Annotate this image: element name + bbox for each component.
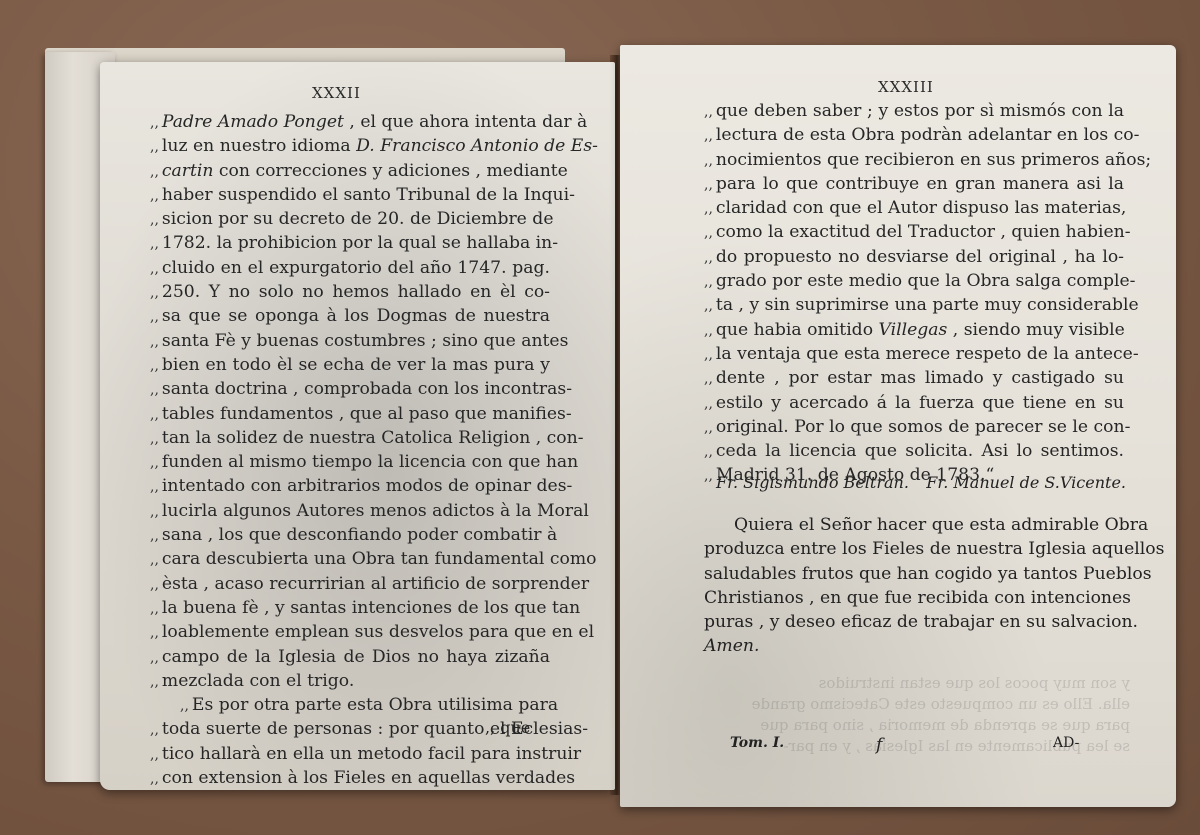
text-line: ,,bien en todo èl se echa de ver la mas …: [150, 353, 550, 377]
text-line: ,,sa que se oponga à los Dogmas de nuest…: [150, 304, 550, 328]
text-run: , siendo muy visible: [947, 320, 1125, 340]
text-run: nocimientos que recibieron en sus primer…: [716, 150, 1151, 170]
quote-mark: ,,: [150, 577, 159, 593]
text-run: sicion por su decreto de 20. de Diciembr…: [162, 209, 554, 229]
text-line: ,,250. Y no solo no hemos hallado en èl …: [150, 280, 550, 304]
text-run: que deben saber ; y estos por sì mismós …: [716, 101, 1124, 121]
text-line: ,,santa Fè y buenas costumbres ; sino qu…: [150, 329, 550, 353]
text-run: 1782. la prohibicion por la qual se hall…: [162, 233, 558, 253]
text-line: ,,que deben saber ; y estos por sì mismó…: [704, 99, 1124, 123]
quote-mark: ,,: [704, 371, 713, 387]
quote-mark: ,,: [150, 309, 159, 325]
text-line: ,,funden al mismo tiempo la licencia con…: [150, 450, 550, 474]
text-line: ,,cartin con correcciones y adiciones , …: [150, 159, 550, 183]
text-line: ,,que habia omitido Villegas , siendo mu…: [704, 318, 1124, 342]
quote-mark: ,,: [150, 382, 159, 398]
text-run: Villegas: [879, 320, 948, 340]
text-run: que habia omitido: [716, 320, 879, 340]
text-line: ,,sana , los que desconfiando poder comb…: [150, 523, 550, 547]
signature-mark: f: [876, 735, 882, 755]
text-run: como la exactitud del Traductor , quien …: [716, 222, 1131, 242]
text-run: haber suspendido el santo Tribunal de la…: [162, 185, 575, 205]
text-run: cartin: [162, 161, 214, 181]
quote-mark: ,,: [150, 431, 159, 447]
text-run: èsta , acaso recurririan al artificio de…: [162, 574, 589, 594]
text-line: ,,dente , por estar mas limado y castiga…: [704, 366, 1124, 390]
quote-mark: ,,: [704, 444, 713, 460]
text-line: ,,ta , y sin suprimirse una parte muy co…: [704, 293, 1124, 317]
text-run: luz en nuestro idioma: [162, 136, 356, 156]
text-run: do propuesto no desviarse del original ,…: [716, 247, 1124, 267]
quote-mark: ,,: [704, 128, 713, 144]
quote-mark: ,,: [150, 455, 159, 471]
text-line: ,,campo de la Iglesia de Dios no haya zi…: [150, 645, 550, 669]
right-page: y son muy pocos los que estan instruidos…: [620, 45, 1176, 807]
text-line: ,,tan la solidez de nuestra Catolica Rel…: [150, 426, 550, 450]
text-run: Padre Amado Ponget: [162, 112, 344, 132]
quote-mark: ,,: [704, 396, 713, 412]
text-run: dente , por estar mas limado y castigado…: [716, 368, 1124, 388]
quote-mark: ,,: [704, 347, 713, 363]
text-line: ,,lucirla algunos Autores menos adictos …: [150, 499, 550, 523]
left-page-body: ,,Padre Amado Ponget , el que ahora inte…: [150, 110, 550, 790]
left-page: XXXII ,,Padre Amado Ponget , el que ahor…: [100, 62, 615, 790]
text-run: loablemente emplean sus desvelos para qu…: [162, 622, 594, 642]
text-line: saludables frutos que han cogido ya tant…: [704, 562, 1124, 586]
text-line: ,,èsta , acaso recurririan al artificio …: [150, 572, 550, 596]
quote-mark: ,,: [704, 468, 713, 484]
quote-mark: ,,: [704, 274, 713, 290]
text-line: ,,intentado con arbitrarios modos de opi…: [150, 474, 550, 498]
text-line: ,,mezclada con el trigo.: [150, 669, 550, 693]
signature-vicente: Fr. Manuel de S.Vicente.: [926, 473, 1126, 492]
quote-mark: ,,: [150, 236, 159, 252]
quote-mark: ,,: [704, 298, 713, 314]
text-line: ,,loablemente emplean sus desvelos para …: [150, 620, 550, 644]
right-page-body: ,,que deben saber ; y estos por sì mismó…: [704, 99, 1124, 488]
page-number-left: XXXII: [312, 84, 361, 102]
text-line: ,,1782. la prohibicion por la qual se ha…: [150, 231, 550, 255]
text-run: campo de la Iglesia de Dios no haya ziza…: [162, 647, 550, 667]
text-line: Christianos , en que fue recibida con in…: [704, 586, 1124, 610]
text-run: tables fundamentos , que al paso que man…: [162, 404, 572, 424]
text-run: santa Fè y buenas costumbres ; sino que …: [162, 331, 569, 351]
text-line: ,,cara descubierta una Obra tan fundamen…: [150, 547, 550, 571]
text-line: ,,estilo y acercado á la fuerza que tien…: [704, 391, 1124, 415]
text-run: la buena fè , y santas intenciones de lo…: [162, 598, 580, 618]
text-line: Amen.: [704, 634, 1124, 658]
volume-label: Tom. I.: [730, 735, 784, 751]
text-run: , el que ahora intenta dar à: [344, 112, 587, 132]
text-line: ,,nocimientos que recibieron en sus prim…: [704, 148, 1124, 172]
text-line: Quiera el Señor hacer que esta admirable…: [704, 513, 1124, 537]
text-run: claridad con que el Autor dispuso las ma…: [716, 198, 1126, 218]
quote-mark: ,,: [150, 407, 159, 423]
quote-mark: ,,: [704, 177, 713, 193]
quote-mark: ,,: [180, 698, 189, 714]
text-run: lectura de esta Obra podràn adelantar en…: [716, 125, 1140, 145]
text-line: ,,lectura de esta Obra podràn adelantar …: [704, 123, 1124, 147]
text-line: ,,cluido en el expurgatorio del año 1747…: [150, 256, 550, 280]
catchword-left: ,, que: [485, 718, 530, 737]
quote-mark: ,,: [150, 358, 159, 374]
quote-mark: ,,: [150, 479, 159, 495]
text-line: puras , y deseo eficaz de trabajar en su…: [704, 610, 1124, 634]
quote-mark: ,,: [704, 201, 713, 217]
quote-mark: ,,: [150, 504, 159, 520]
text-line: ,,tables fundamentos , que al paso que m…: [150, 402, 550, 426]
quote-mark: ,,: [150, 722, 159, 738]
text-run: cara descubierta una Obra tan fundamenta…: [162, 549, 597, 569]
quote-mark: ,,: [150, 164, 159, 180]
text-run: D. Francisco Antonio de Es-: [356, 136, 598, 156]
text-run: Es por otra parte esta Obra utilisima pa…: [192, 695, 558, 715]
text-line: ,,grado por este medio que la Obra salga…: [704, 269, 1124, 293]
quote-mark: ,,: [150, 334, 159, 350]
quote-mark: ,,: [150, 601, 159, 617]
text-run: la ventaja que esta merece respeto de la…: [716, 344, 1139, 364]
text-run: cluido en el expurgatorio del año 1747. …: [162, 258, 550, 278]
text-run: Christianos , en que fue recibida con in…: [704, 588, 1131, 608]
catchword-right: AD-: [1053, 735, 1079, 751]
quote-mark: ,,: [150, 650, 159, 666]
text-line: ,,santa doctrina , comprobada con los in…: [150, 377, 550, 401]
quote-mark: ,,: [150, 188, 159, 204]
quote-mark: ,,: [150, 115, 159, 131]
text-line: ,,tico hallarà en ella un metodo facil p…: [150, 742, 550, 766]
quote-mark: ,,: [150, 625, 159, 641]
text-line: produzca entre los Fieles de nuestra Igl…: [704, 537, 1124, 561]
text-line: ,,para lo que contribuye en gran manera …: [704, 172, 1124, 196]
quote-mark: ,,: [704, 420, 713, 436]
text-run: ta , y sin suprimirse una parte muy cons…: [716, 295, 1139, 315]
text-line: ,,sicion por su decreto de 20. de Diciem…: [150, 207, 550, 231]
text-run: saludables frutos que han cogido ya tant…: [704, 564, 1152, 584]
open-book: XXXII ,,Padre Amado Ponget , el que ahor…: [0, 0, 1200, 835]
text-line: ,,la ventaja que esta merece respeto de …: [704, 342, 1124, 366]
text-line: ,,original. Por lo que somos de parecer …: [704, 415, 1124, 439]
text-run: sa que se oponga à los Dogmas de nuestra: [162, 306, 550, 326]
text-run: puras , y deseo eficaz de trabajar en su…: [704, 612, 1138, 632]
text-line: ,,como la exactitud del Traductor , quie…: [704, 220, 1124, 244]
text-run: original. Por lo que somos de parecer se…: [716, 417, 1131, 437]
text-line: ,,Padre Amado Ponget , el que ahora inte…: [150, 110, 550, 134]
signatures: Fr. Sigismundo Beltran. Fr. Manuel de S.…: [716, 473, 1126, 492]
text-run: grado por este medio que la Obra salga c…: [716, 271, 1136, 291]
quote-mark: ,,: [150, 747, 159, 763]
text-run: tan la solidez de nuestra Catolica Relig…: [162, 428, 584, 448]
quote-mark: ,,: [150, 285, 159, 301]
page-number-right: XXXIII: [878, 78, 934, 96]
bleed-line: ella. Ello es un compuesto este Catecism…: [710, 694, 1130, 715]
signature-beltran: Fr. Sigismundo Beltran.: [716, 473, 909, 492]
text-run: 250. Y no solo no hemos hallado en èl co…: [162, 282, 550, 302]
text-run: estilo y acercado á la fuerza que tiene …: [716, 393, 1124, 413]
text-line: ,,do propuesto no desviarse del original…: [704, 245, 1124, 269]
text-line: ,,con extension à los Fieles en aquellas…: [150, 766, 550, 790]
text-line: ,,claridad con que el Autor dispuso las …: [704, 196, 1124, 220]
quote-mark: ,,: [704, 104, 713, 120]
text-run: Quiera el Señor hacer que esta admirable…: [734, 515, 1148, 535]
text-run: lucirla algunos Autores menos adictos à …: [162, 501, 589, 521]
text-run: sana , los que desconfiando poder combat…: [162, 525, 557, 545]
text-line: ,,ceda la licencia que solicita. Asi lo …: [704, 439, 1124, 463]
text-run: produzca entre los Fieles de nuestra Igl…: [704, 539, 1164, 559]
text-run: funden al mismo tiempo la licencia con q…: [162, 452, 578, 472]
quote-mark: ,,: [150, 552, 159, 568]
quote-mark: ,,: [150, 212, 159, 228]
quote-mark: ,,: [150, 674, 159, 690]
text-line: ,,la buena fè , y santas intenciones de …: [150, 596, 550, 620]
text-run: con extension à los Fieles en aquellas v…: [162, 768, 575, 788]
quote-mark: ,,: [704, 323, 713, 339]
text-line: ,,haber suspendido el santo Tribunal de …: [150, 183, 550, 207]
text-run: ceda la licencia que solicita. Asi lo se…: [716, 441, 1124, 461]
quote-mark: ,,: [150, 261, 159, 277]
quote-mark: ,,: [150, 771, 159, 787]
text-run: bien en todo èl se echa de ver la mas pu…: [162, 355, 550, 375]
quote-mark: ,,: [704, 153, 713, 169]
text-run: mezclada con el trigo.: [162, 671, 354, 691]
text-run: intentado con arbitrarios modos de opina…: [162, 476, 572, 496]
quote-mark: ,,: [704, 250, 713, 266]
quote-mark: ,,: [150, 528, 159, 544]
quote-mark: ,,: [704, 225, 713, 241]
text-run: santa doctrina , comprobada con los inco…: [162, 379, 572, 399]
text-line: ,,luz en nuestro idioma D. Francisco Ant…: [150, 134, 550, 158]
closing-paragraph: Quiera el Señor hacer que esta admirable…: [704, 513, 1124, 659]
text-run: para lo que contribuye en gran manera as…: [716, 174, 1124, 194]
bleed-line: para que se aprenda de memoria , sino pa…: [710, 715, 1130, 736]
text-run: Amen.: [704, 636, 759, 656]
bleed-line: y son muy pocos los que estan instruidos: [710, 673, 1130, 694]
quote-mark: ,,: [150, 139, 159, 155]
text-run: tico hallarà en ella un metodo facil par…: [162, 744, 581, 764]
text-run: con correcciones y adiciones , mediante: [213, 161, 567, 181]
text-line: ,,Es por otra parte esta Obra utilisima …: [150, 693, 550, 717]
